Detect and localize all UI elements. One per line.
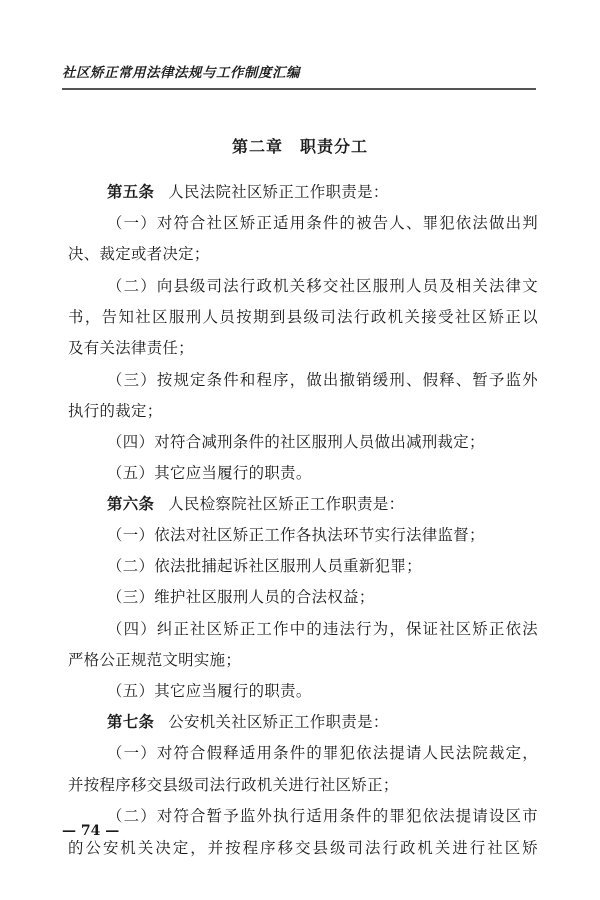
- header-divider: [62, 88, 536, 90]
- document-page: 社区矫正常用法律法规与工作制度汇编 第二章 职责分工 第五条人民法院社区矫正工作…: [0, 0, 600, 900]
- text-line: （四）对符合减刑条件的社区服刑人员做出减刑裁定；: [107, 432, 538, 452]
- article-text: 人民检察院社区矫正工作职责是：: [168, 495, 404, 513]
- text-line: （五）其它应当履行的职责。: [107, 681, 538, 701]
- text-line: （五）其它应当履行的职责。: [107, 463, 538, 483]
- text-line: （二）向县级司法行政机关移交社区服刑人员及相关法律文: [107, 276, 538, 296]
- article-heading-line: 第六条人民检察院社区矫正工作职责是：: [107, 494, 538, 514]
- article-number: 第六条: [107, 495, 154, 513]
- text-line: （二）依法批捕起诉社区服刑人员重新犯罪；: [107, 556, 538, 576]
- text-line: （三）按规定条件和程序，做出撤销缓刑、假释、暂予监外: [107, 370, 538, 390]
- text-line: （二）对符合暂予监外执行适用条件的罪犯依法提请设区市: [107, 806, 538, 826]
- text-line: （一）对符合假释适用条件的罪犯依法提请人民法院裁定，: [107, 743, 538, 763]
- text-line: 严格公正规范文明实施；: [68, 650, 538, 670]
- page-number: — 74 —: [62, 823, 119, 839]
- article-heading-line: 第五条人民法院社区矫正工作职责是：: [107, 182, 538, 202]
- text-line: （三）维护社区服刑人员的合法权益；: [107, 587, 538, 607]
- text-line: （一）依法对社区矫正工作各执法环节实行法律监督；: [107, 525, 538, 545]
- article-text: 公安机关社区矫正工作职责是：: [168, 713, 388, 731]
- text-line: 并按程序移交县级司法行政机关进行社区矫正；: [68, 775, 538, 795]
- running-header: 社区矫正常用法律法规与工作制度汇编: [62, 61, 300, 81]
- text-line: 的公安机关决定，并按程序移交县级司法行政机关进行社区矫: [68, 838, 538, 858]
- text-line: 及有关法律责任；: [68, 338, 538, 358]
- text-line: 执行的裁定；: [68, 401, 538, 421]
- chapter-title: 第二章 职责分工: [0, 134, 600, 157]
- text-line: 决、裁定或者决定；: [68, 244, 538, 264]
- text-line: （一）对符合社区矫正适用条件的被告人、罪犯依法做出判: [107, 213, 538, 233]
- text-line: （四）纠正社区矫正工作中的违法行为，保证社区矫正依法: [107, 619, 538, 639]
- article-number: 第七条: [107, 713, 154, 731]
- article-heading-line: 第七条公安机关社区矫正工作职责是：: [107, 712, 538, 732]
- article-text: 人民法院社区矫正工作职责是：: [168, 183, 388, 201]
- text-line: 书，告知社区服刑人员按期到县级司法行政机关接受社区矫正以: [68, 307, 538, 327]
- article-number: 第五条: [107, 183, 154, 201]
